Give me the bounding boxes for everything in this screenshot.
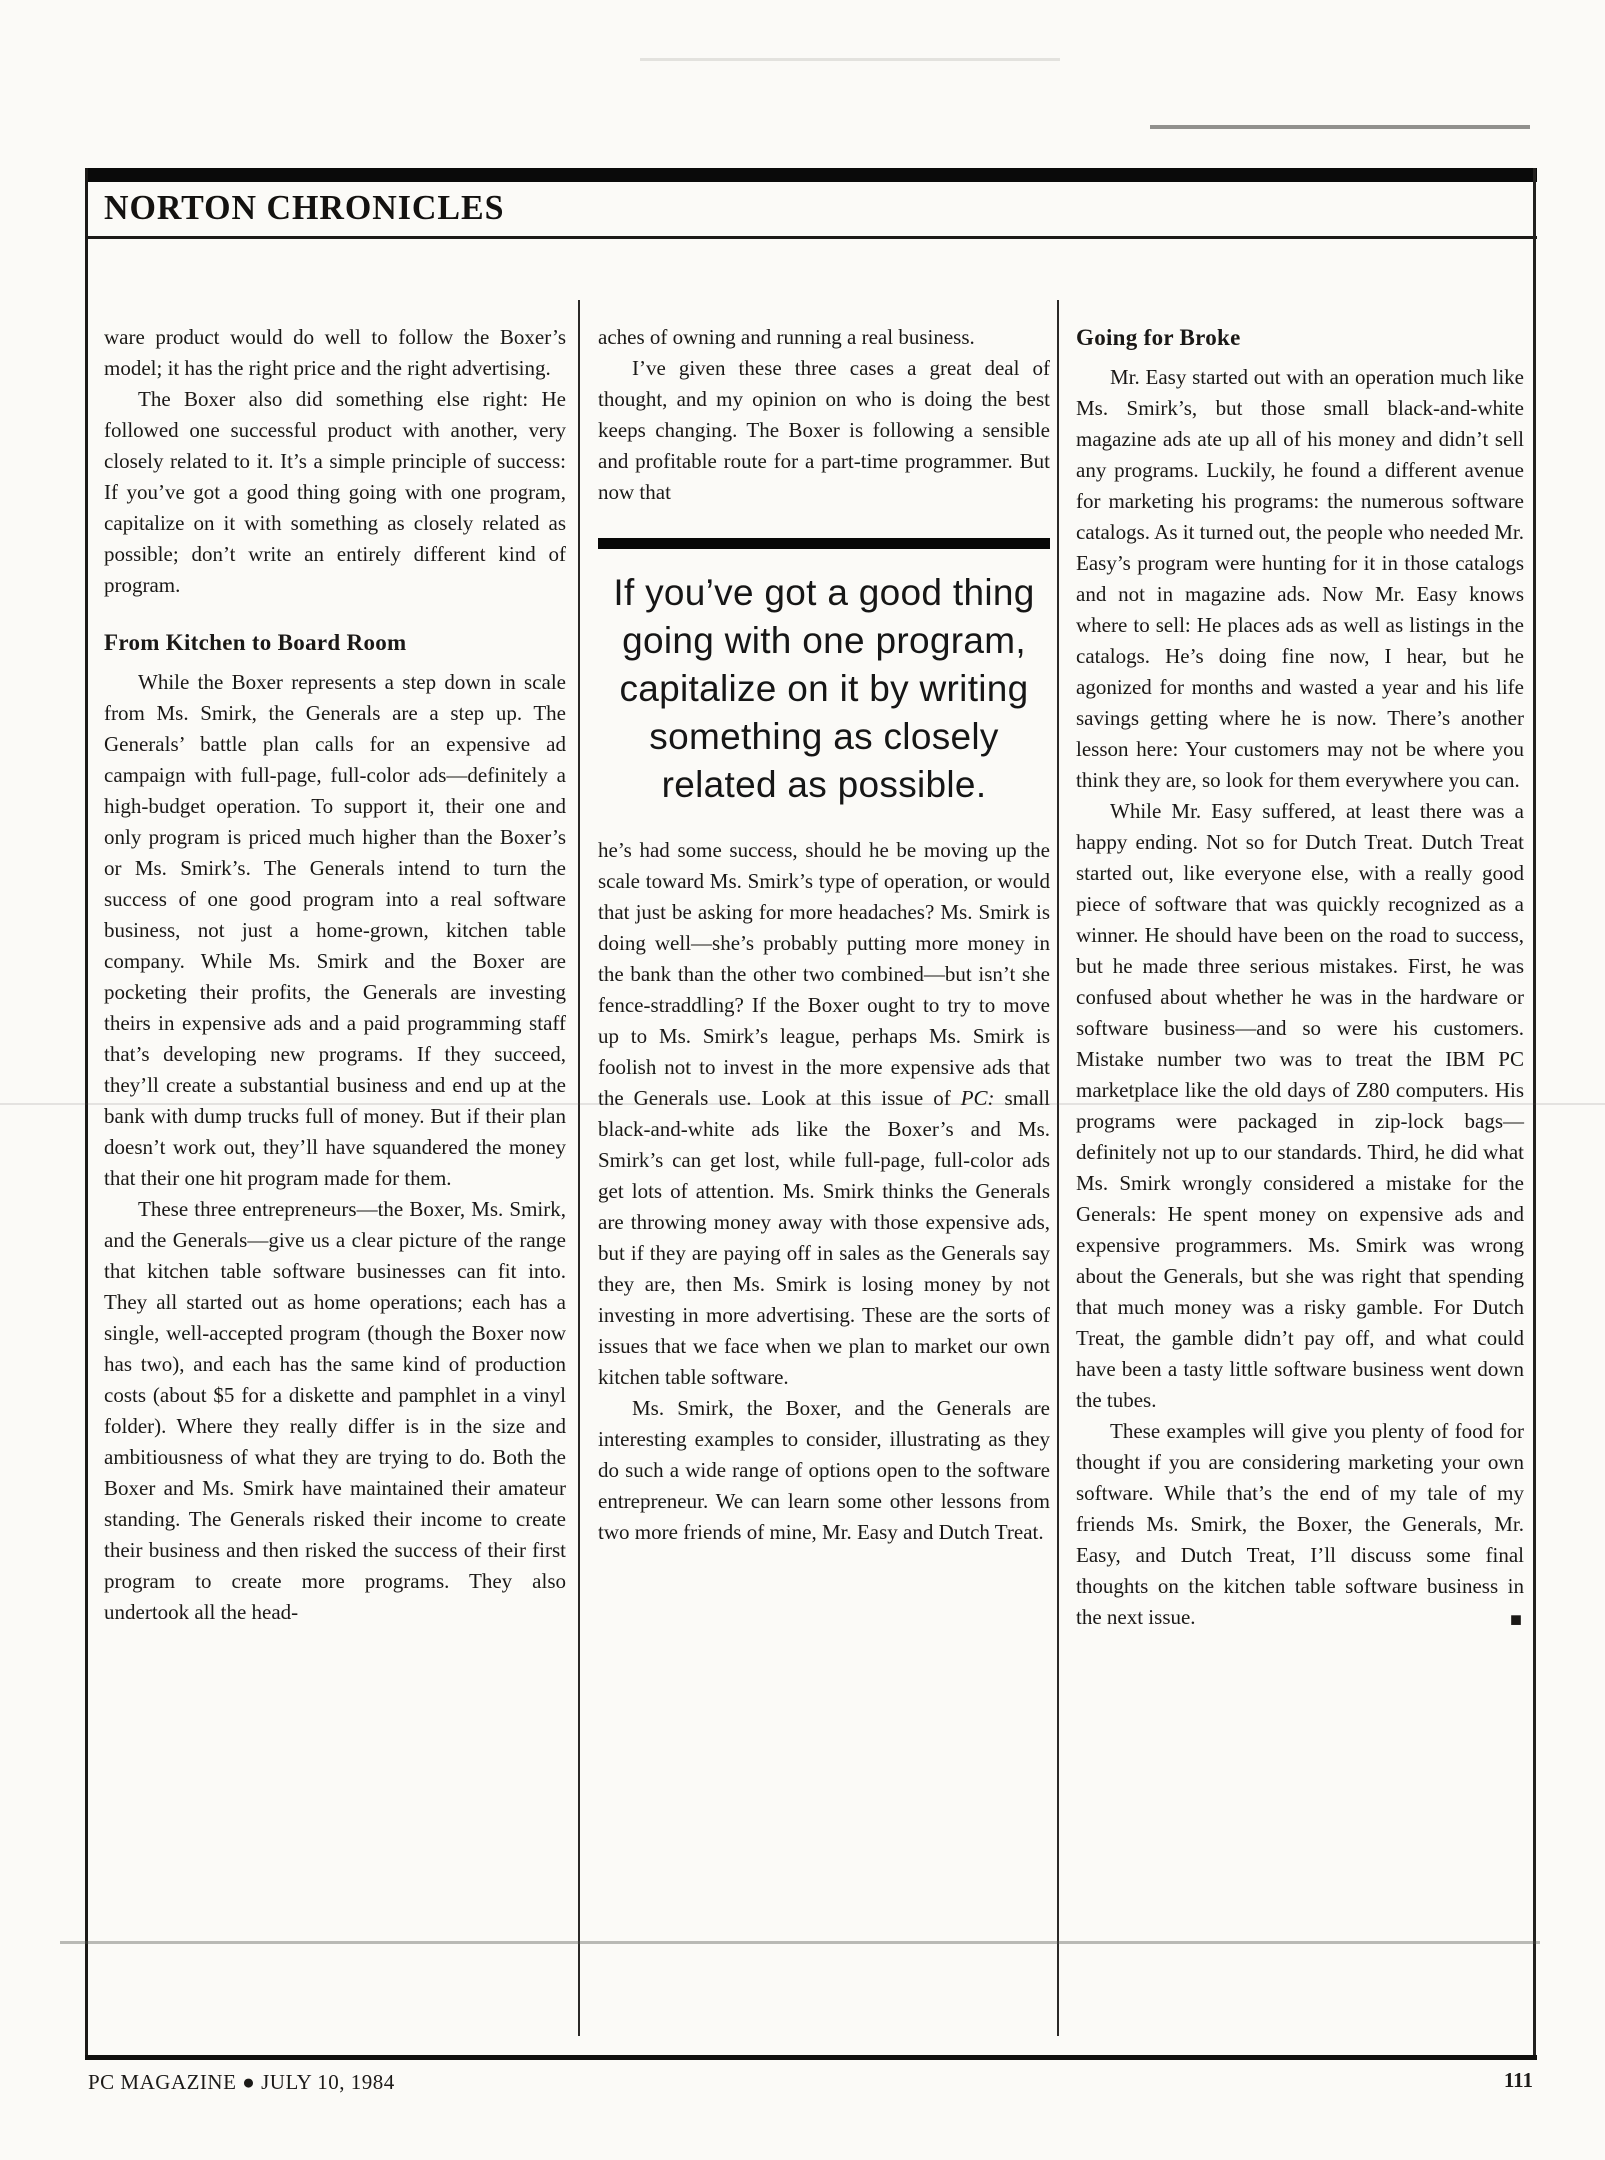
page-border-bottom xyxy=(85,2055,1537,2060)
pc-magazine-title-italic: PC: xyxy=(961,1086,995,1110)
body-text-run: he’s had some success, should he be movi… xyxy=(598,838,1050,1110)
body-paragraph: Ms. Smirk, the Boxer, and the Generals a… xyxy=(598,1393,1050,1548)
section-heading-going-for-broke: Going for Broke xyxy=(1076,322,1524,353)
body-text-run: These examples will give you plenty of f… xyxy=(1076,1419,1524,1629)
column-divider-1 xyxy=(578,300,580,2036)
body-paragraph: The Boxer also did something else right:… xyxy=(104,384,566,601)
scan-artifact-smudge xyxy=(1150,125,1530,129)
masthead-rule xyxy=(85,236,1537,239)
body-paragraph: These examples will give you plenty of f… xyxy=(1076,1416,1524,1633)
scan-artifact-smudge xyxy=(640,58,1060,61)
section-heading-from-kitchen-to-board-room: From Kitchen to Board Room xyxy=(104,627,566,658)
page-number: 111 xyxy=(1504,2068,1533,2093)
magazine-name-date: PC MAGAZINE ● JULY 10, 1984 xyxy=(88,2070,395,2095)
column-3: Going for Broke Mr. Easy started out wit… xyxy=(1076,322,1524,1633)
masthead-top-bar xyxy=(85,168,1537,182)
column-1: ware product would do well to follow the… xyxy=(104,322,566,1628)
end-of-article-mark: ■ xyxy=(1476,1610,1522,1630)
page-border-right xyxy=(1533,168,1536,2060)
body-paragraph: These three entrepreneurs—the Boxer, Ms.… xyxy=(104,1194,566,1628)
body-paragraph: I’ve given these three cases a great dea… xyxy=(598,353,1050,508)
body-paragraph: he’s had some success, should he be movi… xyxy=(598,835,1050,1393)
body-paragraph: While Mr. Easy suffered, at least there … xyxy=(1076,796,1524,1416)
pull-quote: If you’ve got a good thing going with on… xyxy=(598,538,1050,809)
column-title: NORTON CHRONICLES xyxy=(104,188,977,228)
magazine-page-scan: NORTON CHRONICLES ware product would do … xyxy=(0,0,1605,2160)
body-paragraph: While the Boxer represents a step down i… xyxy=(104,667,566,1194)
scan-artifact-line xyxy=(60,1941,1540,1944)
column-divider-2 xyxy=(1057,300,1059,2036)
page-border-left xyxy=(85,168,88,2060)
column-2: aches of owning and running a real busin… xyxy=(598,322,1050,1548)
body-text-run: small black-and-white ads like the Boxer… xyxy=(598,1086,1050,1389)
pull-quote-text: If you’ve got a good thing going with on… xyxy=(598,569,1050,809)
body-paragraph: Mr. Easy started out with an operation m… xyxy=(1076,362,1524,796)
pull-quote-rule xyxy=(598,538,1050,549)
body-paragraph: aches of owning and running a real busin… xyxy=(598,322,1050,353)
body-paragraph: ware product would do well to follow the… xyxy=(104,322,566,384)
